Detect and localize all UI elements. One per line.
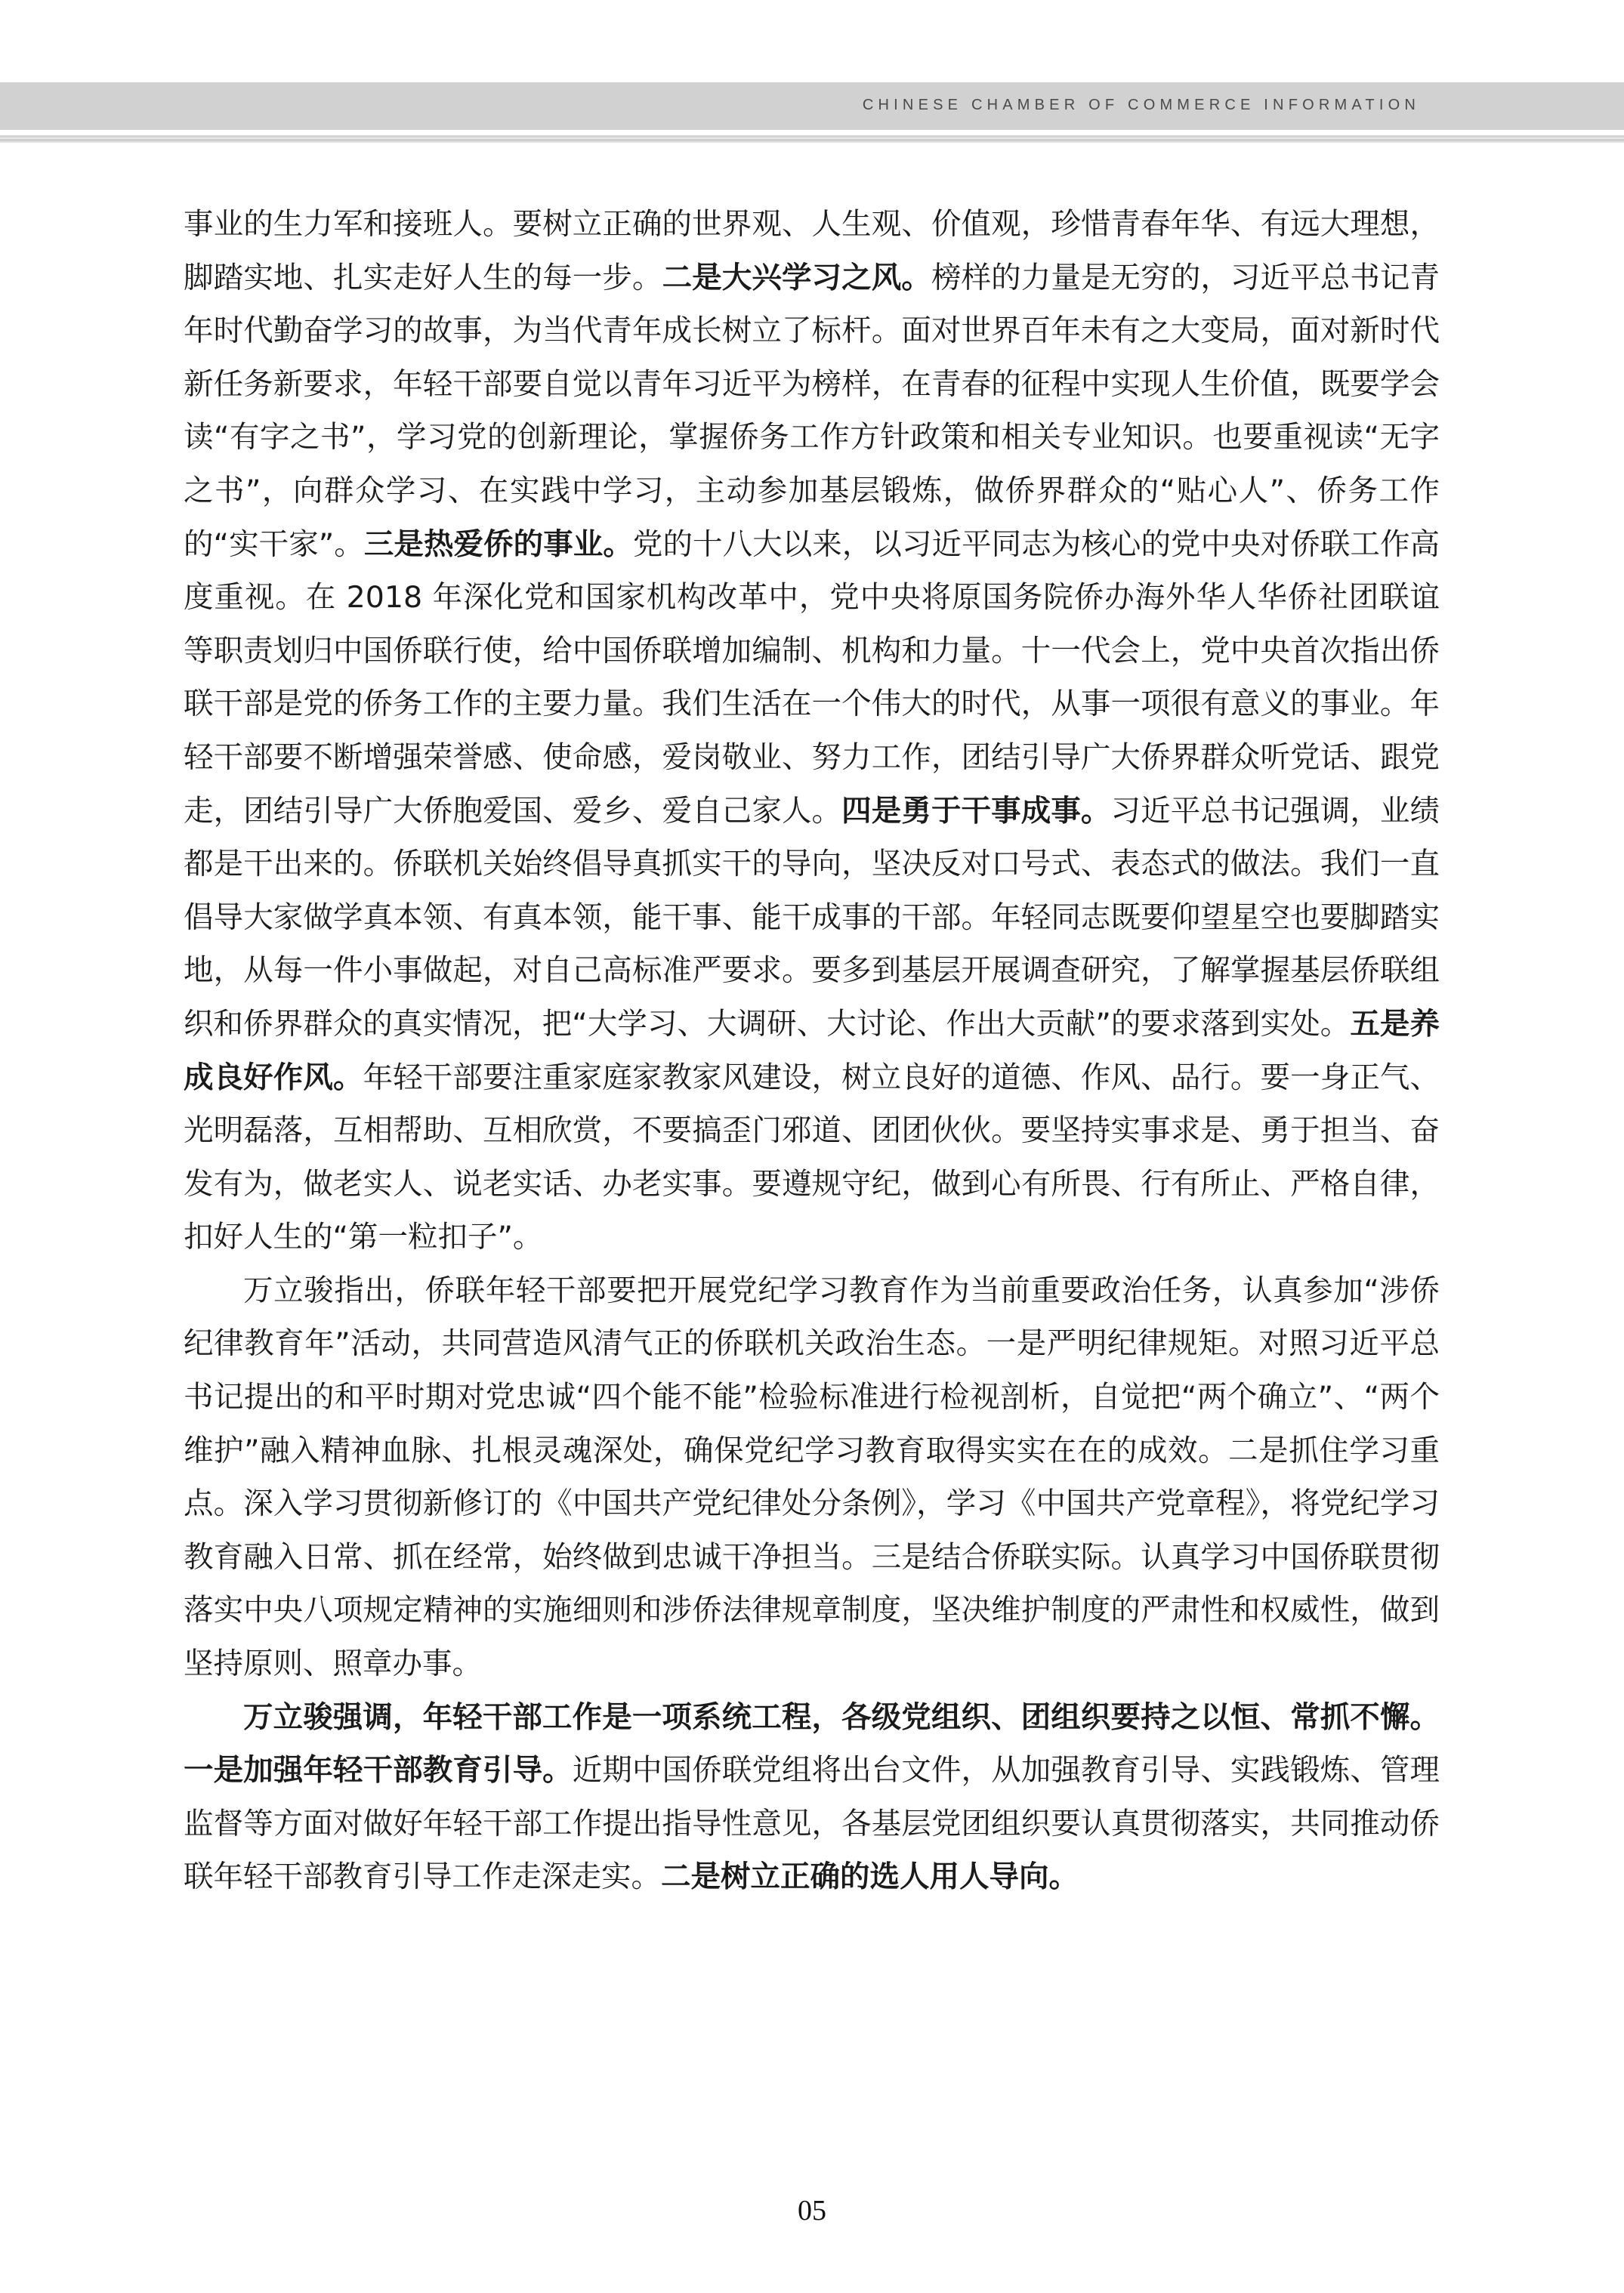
text-segment: 榜样的力量是无穷的，习近平总书记青年时代勤奋学习的故事，为当代青年成长树立了标杆… [184, 261, 1440, 562]
text-segment: 万立骏指出，侨联年轻干部要把开展党纪学习教育作为当前重要政治任务，认真参加“涉侨… [184, 1273, 1440, 1681]
bold-heading-4: 四是勇于干事成事。 [841, 794, 1110, 829]
page-number: 05 [0, 2194, 1624, 2227]
text-segment: 党的十八大以来，以习近平同志为核心的党中央对侨联工作高度重视。在 2018 年深… [184, 527, 1440, 829]
text-segment: 年轻干部要注重家庭家教家风建设，树立良好的道德、作风、品行。要一身正气、光明磊落… [184, 1060, 1440, 1255]
paragraph-3: 万立骏强调，年轻干部工作是一项系统工程，各级党组织、团组织要持之以恒、常抓不懈。… [184, 1691, 1440, 1904]
bold-heading-2: 二是大兴学习之风。 [662, 261, 931, 295]
bold-heading-3: 三是热爱侨的事业。 [364, 527, 633, 562]
paragraph-2: 万立骏指出，侨联年轻干部要把开展党纪学习教育作为当前重要政治任务，认真参加“涉侨… [184, 1264, 1440, 1691]
article-body: 事业的生力军和接班人。要树立正确的世界观、人生观、价值观，珍惜青春年华、有远大理… [184, 198, 1440, 1904]
bold-heading-end: 二是树立正确的选人用人导向。 [661, 1859, 1079, 1894]
header-divider [0, 135, 1624, 143]
paragraph-1: 事业的生力军和接班人。要树立正确的世界观、人生观、价值观，珍惜青春年华、有远大理… [184, 198, 1440, 1264]
running-header-bar: CHINESE CHAMBER OF COMMERCE INFORMATION [0, 82, 1624, 130]
text-segment: 习近平总书记强调，业绩都是干出来的。侨联机关始终倡导真抓实干的导向，坚决反对口号… [184, 794, 1440, 1042]
publication-title: CHINESE CHAMBER OF COMMERCE INFORMATION [863, 97, 1420, 114]
